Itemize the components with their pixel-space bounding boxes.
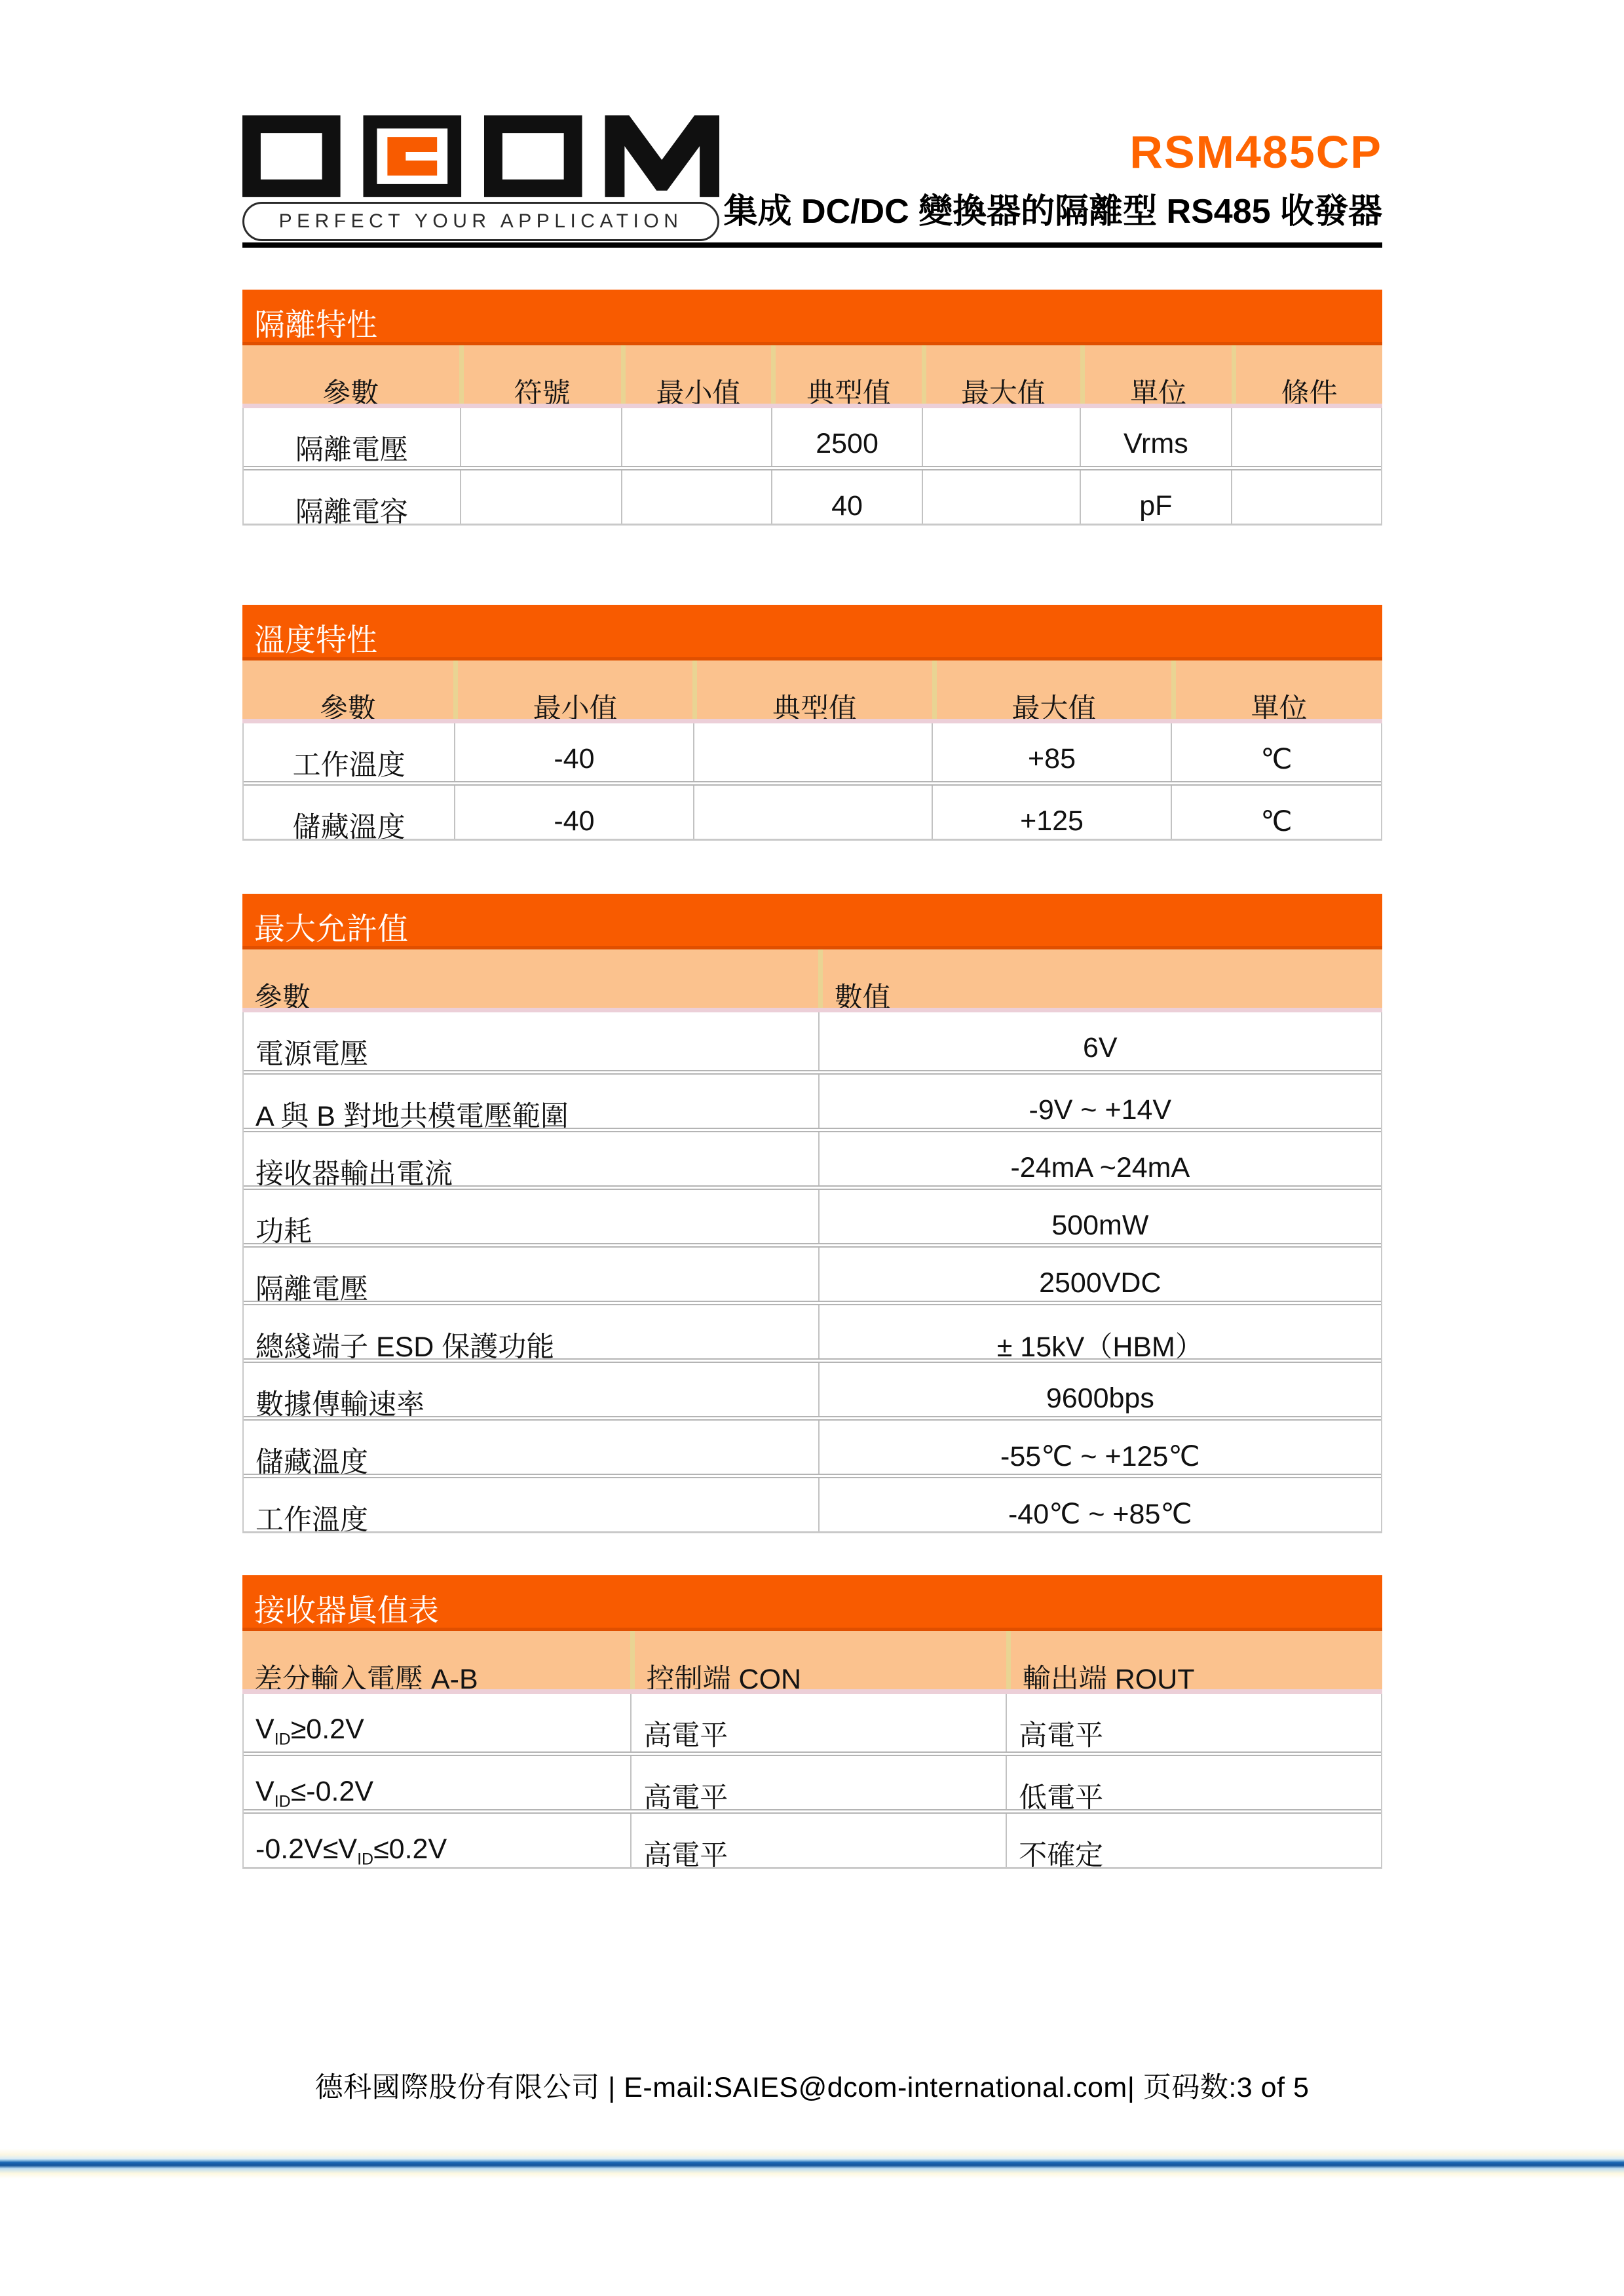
table-cell: -40℃ ~ +85℃ bbox=[818, 1478, 1381, 1531]
table-cell: 高電平 bbox=[1006, 1694, 1381, 1751]
table-cell: 數據傳輸速率 bbox=[244, 1363, 818, 1416]
table-row: 儲藏溫度 -55℃ ~ +125℃ bbox=[244, 1416, 1381, 1474]
temperature-table: 溫度特性 參數 最小值 典型值 最大值 單位 工作溫度 -40 +85 ℃ 儲藏… bbox=[242, 605, 1382, 841]
temperature-table-title-bar: 溫度特性 bbox=[242, 605, 1382, 660]
temperature-table-header-row: 參數 最小值 典型值 最大值 單位 bbox=[242, 660, 1382, 723]
column-header: 控制端 CON bbox=[630, 1631, 1006, 1689]
table-row: 工作溫度 -40℃ ~ +85℃ bbox=[244, 1474, 1381, 1531]
column-header: 典型值 bbox=[771, 345, 922, 404]
table-row: 總綫端子 ESD 保護功能 ± 15kV（HBM） bbox=[244, 1301, 1381, 1358]
table-row: 數據傳輸速率 9600bps bbox=[244, 1358, 1381, 1416]
title-block: RSM485CP 集成 DC/DC 變換器的隔離型 RS485 收發器 bbox=[724, 129, 1382, 241]
column-header: 典型值 bbox=[692, 660, 932, 719]
table-cell: 2500 bbox=[771, 408, 921, 466]
column-header: 輸出端 ROUT bbox=[1006, 1631, 1382, 1689]
table-cell: 接收器輸出電流 bbox=[244, 1132, 818, 1185]
table-cell: 隔離電壓 bbox=[244, 1248, 818, 1301]
table-cell: 總綫端子 ESD 保護功能 bbox=[244, 1305, 818, 1358]
page-footer-text: 德科國際股份有限公司 | E-mail:SAIES@dcom-internati… bbox=[0, 2065, 1624, 2105]
table-cell: 9600bps bbox=[818, 1363, 1381, 1416]
table-row: A 與 B 對地共模電壓範圍 -9V ~ +14V bbox=[244, 1070, 1381, 1128]
isolation-table-body: 隔離電壓 2500 Vrms 隔離電容 40 pF bbox=[242, 408, 1382, 526]
table-row: 工作溫度 -40 +85 ℃ bbox=[244, 723, 1381, 781]
table-cell: 40 bbox=[771, 470, 921, 524]
table-title: 隔離特性 bbox=[254, 309, 377, 341]
table-cell: VID≤-0.2V bbox=[244, 1756, 630, 1809]
table-cell: 高電平 bbox=[630, 1814, 1006, 1867]
table-cell: 高電平 bbox=[630, 1694, 1006, 1751]
table-row: 電源電壓 6V bbox=[244, 1012, 1381, 1070]
table-cell bbox=[922, 470, 1080, 524]
table-cell: -24mA ~24mA bbox=[818, 1132, 1381, 1185]
column-header: 條件 bbox=[1232, 345, 1382, 404]
temperature-table-body: 工作溫度 -40 +85 ℃ 儲藏溫度 -40 +125 ℃ bbox=[242, 723, 1382, 841]
product-name: RSM485CP bbox=[1129, 129, 1382, 175]
table-cell: -40 bbox=[454, 786, 693, 839]
column-header: 最小值 bbox=[621, 345, 772, 404]
table-cell: -40 bbox=[454, 723, 693, 781]
logo-block: PERFECT YOUR APPLICATION bbox=[242, 115, 719, 241]
table-cell: ± 15kV（HBM） bbox=[818, 1305, 1381, 1358]
logo-tagline: PERFECT YOUR APPLICATION bbox=[242, 202, 719, 241]
table-cell bbox=[693, 723, 932, 781]
table-cell bbox=[1231, 408, 1381, 466]
receiver-truth-table-body: VID≥0.2V 高電平 高電平 VID≤-0.2V 高電平 低電平 -0.2V… bbox=[242, 1694, 1382, 1869]
table-cell bbox=[1231, 470, 1381, 524]
column-header: 最小值 bbox=[453, 660, 692, 719]
table-cell bbox=[460, 470, 622, 524]
isolation-table: 隔離特性 參數 符號 最小值 典型值 最大值 單位 條件 隔離電壓 2500 V… bbox=[242, 290, 1382, 526]
isolation-table-header-row: 參數 符號 最小值 典型值 最大值 單位 條件 bbox=[242, 345, 1382, 408]
table-cell: A 與 B 對地共模電壓範圍 bbox=[244, 1075, 818, 1128]
table-cell: pF bbox=[1080, 470, 1231, 524]
table-cell: 高電平 bbox=[630, 1756, 1006, 1809]
dcom-logo-icon bbox=[242, 115, 719, 197]
table-cell: +125 bbox=[932, 786, 1171, 839]
table-cell: ℃ bbox=[1171, 723, 1381, 781]
absolute-max-table-header-row: 參數 數值 bbox=[242, 949, 1382, 1012]
table-cell: 低電平 bbox=[1006, 1756, 1381, 1809]
datasheet-page: PERFECT YOUR APPLICATION RSM485CP 集成 DC/… bbox=[0, 0, 1624, 2296]
table-cell: Vrms bbox=[1080, 408, 1231, 466]
column-header: 最大值 bbox=[932, 660, 1171, 719]
table-cell: 隔離電容 bbox=[244, 470, 460, 524]
absolute-max-table: 最大允許值 參數 數值 電源電壓 6V A 與 B 對地共模電壓範圍 -9V ~… bbox=[242, 894, 1382, 1533]
table-cell: -9V ~ +14V bbox=[818, 1075, 1381, 1128]
footer-divider-bar bbox=[0, 2149, 1624, 2179]
absolute-max-table-title-bar: 最大允許值 bbox=[242, 894, 1382, 949]
table-row: VID≤-0.2V 高電平 低電平 bbox=[244, 1751, 1381, 1809]
table-cell: ℃ bbox=[1171, 786, 1381, 839]
page-header: PERFECT YOUR APPLICATION RSM485CP 集成 DC/… bbox=[242, 0, 1382, 241]
table-row: 接收器輸出電流 -24mA ~24mA bbox=[244, 1128, 1381, 1185]
table-cell: 不確定 bbox=[1006, 1814, 1381, 1867]
table-row: 隔離電容 40 pF bbox=[244, 466, 1381, 524]
table-row: 隔離電壓 2500VDC bbox=[244, 1243, 1381, 1301]
table-cell: 電源電壓 bbox=[244, 1012, 818, 1070]
table-cell bbox=[621, 470, 771, 524]
table-title: 接收器眞值表 bbox=[254, 1594, 439, 1626]
column-header: 參數 bbox=[242, 949, 818, 1008]
table-cell: +85 bbox=[932, 723, 1171, 781]
table-row: -0.2V≤VID≤0.2V 高電平 不確定 bbox=[244, 1809, 1381, 1867]
page-subtitle: 集成 DC/DC 變換器的隔離型 RS485 收發器 bbox=[724, 193, 1382, 231]
column-header: 符號 bbox=[459, 345, 621, 404]
receiver-truth-table-title-bar: 接收器眞值表 bbox=[242, 1575, 1382, 1631]
table-cell: 儲藏溫度 bbox=[244, 1421, 818, 1474]
column-header: 數值 bbox=[818, 949, 1382, 1008]
table-row: 儲藏溫度 -40 +125 ℃ bbox=[244, 781, 1381, 839]
column-header: 參數 bbox=[242, 660, 453, 719]
header-rule bbox=[242, 242, 1382, 248]
table-row: 功耗 500mW bbox=[244, 1185, 1381, 1243]
table-cell bbox=[621, 408, 771, 466]
table-cell: 6V bbox=[818, 1012, 1381, 1070]
column-header: 最大值 bbox=[922, 345, 1080, 404]
table-cell bbox=[460, 408, 622, 466]
receiver-truth-table: 接收器眞值表 差分輸入電壓 A-B 控制端 CON 輸出端 ROUT VID≥0… bbox=[242, 1575, 1382, 1869]
table-cell: VID≥0.2V bbox=[244, 1694, 630, 1751]
table-cell: 2500VDC bbox=[818, 1248, 1381, 1301]
column-header: 差分輸入電壓 A-B bbox=[242, 1631, 630, 1689]
table-cell: -55℃ ~ +125℃ bbox=[818, 1421, 1381, 1474]
table-cell: 工作溫度 bbox=[244, 1478, 818, 1531]
column-header: 參數 bbox=[242, 345, 459, 404]
table-cell bbox=[922, 408, 1080, 466]
column-header: 單位 bbox=[1080, 345, 1232, 404]
receiver-truth-table-header-row: 差分輸入電壓 A-B 控制端 CON 輸出端 ROUT bbox=[242, 1631, 1382, 1694]
column-header: 單位 bbox=[1171, 660, 1382, 719]
table-cell: 隔離電壓 bbox=[244, 408, 460, 466]
isolation-table-title-bar: 隔離特性 bbox=[242, 290, 1382, 345]
absolute-max-table-body: 電源電壓 6V A 與 B 對地共模電壓範圍 -9V ~ +14V 接收器輸出電… bbox=[242, 1012, 1382, 1533]
table-title: 最大允許值 bbox=[254, 913, 408, 945]
table-title: 溫度特性 bbox=[254, 624, 377, 656]
table-cell: -0.2V≤VID≤0.2V bbox=[244, 1814, 630, 1867]
table-cell bbox=[693, 786, 932, 839]
table-row: 隔離電壓 2500 Vrms bbox=[244, 408, 1381, 466]
table-cell: 工作溫度 bbox=[244, 723, 454, 781]
table-cell: 功耗 bbox=[244, 1190, 818, 1243]
table-cell: 500mW bbox=[818, 1190, 1381, 1243]
table-row: VID≥0.2V 高電平 高電平 bbox=[244, 1694, 1381, 1751]
table-cell: 儲藏溫度 bbox=[244, 786, 454, 839]
